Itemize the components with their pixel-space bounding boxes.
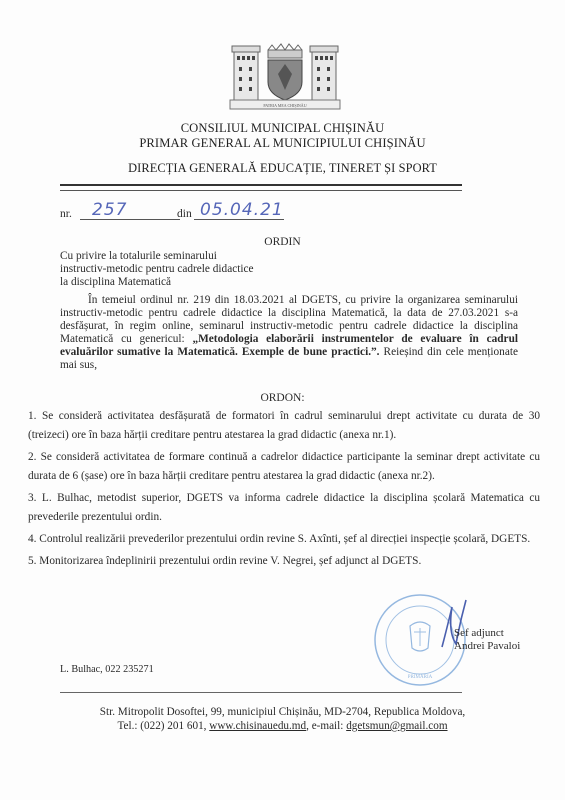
footer-rule [60, 692, 462, 693]
order-item: 2. Se consideră activitatea de formare c… [28, 448, 540, 486]
order-subject: Cu privire la totalurile seminarului ins… [60, 250, 360, 289]
directorate-name: DIRECȚIA GENERALĂ EDUCAȚIE, TINERET ȘI S… [0, 161, 565, 176]
email-label: , e-mail: [306, 720, 346, 732]
city-coat-of-arms-logo: PATRIA MEA CHIȘINĂU [228, 40, 342, 112]
subject-line: la disciplina Matematică [60, 276, 360, 289]
document-type-title: ORDIN [0, 236, 565, 248]
signatory-block: Șef adjunct Andrei Pavaloi [454, 627, 520, 653]
website-link[interactable]: www.chisinauedu.md [209, 720, 306, 732]
svg-text:PRIMĂRIA: PRIMĂRIA [408, 674, 433, 680]
signatory-title: Șef adjunct [454, 627, 520, 640]
date-label: din [177, 208, 192, 220]
footer-address: Str. Mitropolit Dosoftei, 99, municipiul… [0, 705, 565, 719]
svg-text:PATRIA MEA CHIȘINĂU: PATRIA MEA CHIȘINĂU [263, 103, 306, 108]
executor-contact: L. Bulhac, 022 235271 [60, 664, 154, 675]
order-date-handwritten: 05.04.21 [200, 200, 284, 220]
subject-line: instructiv-metodic pentru cadrele didact… [60, 263, 360, 276]
order-item: 1. Se consideră activitatea desfășurată … [28, 407, 540, 445]
footer-phone: Tel.: (022) 201 601, [117, 720, 209, 732]
council-name: CONSILIUL MUNICIPAL CHIȘINĂU [0, 121, 565, 136]
subject-line: Cu privire la totalurile seminarului [60, 250, 360, 263]
order-item: 3. L. Bulhac, metodist superior, DGETS v… [28, 489, 540, 527]
footer-contacts: Tel.: (022) 201 601, www.chisinauedu.md,… [0, 719, 565, 733]
order-item: 5. Monitorizarea îndeplinirii prezentulu… [28, 552, 540, 571]
mayor-office-name: PRIMAR GENERAL AL MUNICIPIULUI CHIȘINĂU [0, 136, 565, 151]
signatory-name: Andrei Pavaloi [454, 640, 520, 653]
ordon-heading: ORDON: [0, 392, 565, 404]
header-double-rule [60, 184, 462, 191]
email-link[interactable]: dgetsmun@gmail.com [346, 720, 447, 732]
order-items: 1. Se consideră activitatea desfășurată … [28, 407, 540, 574]
footer-address-block: Str. Mitropolit Dosoftei, 99, municipiul… [0, 705, 565, 733]
order-number-handwritten: 257 [92, 200, 127, 220]
order-item: 4. Controlul realizării prevederilor pre… [28, 530, 540, 549]
number-label: nr. [60, 208, 72, 220]
preamble-paragraph: În temeiul ordinul nr. 219 din 18.03.202… [60, 294, 518, 372]
